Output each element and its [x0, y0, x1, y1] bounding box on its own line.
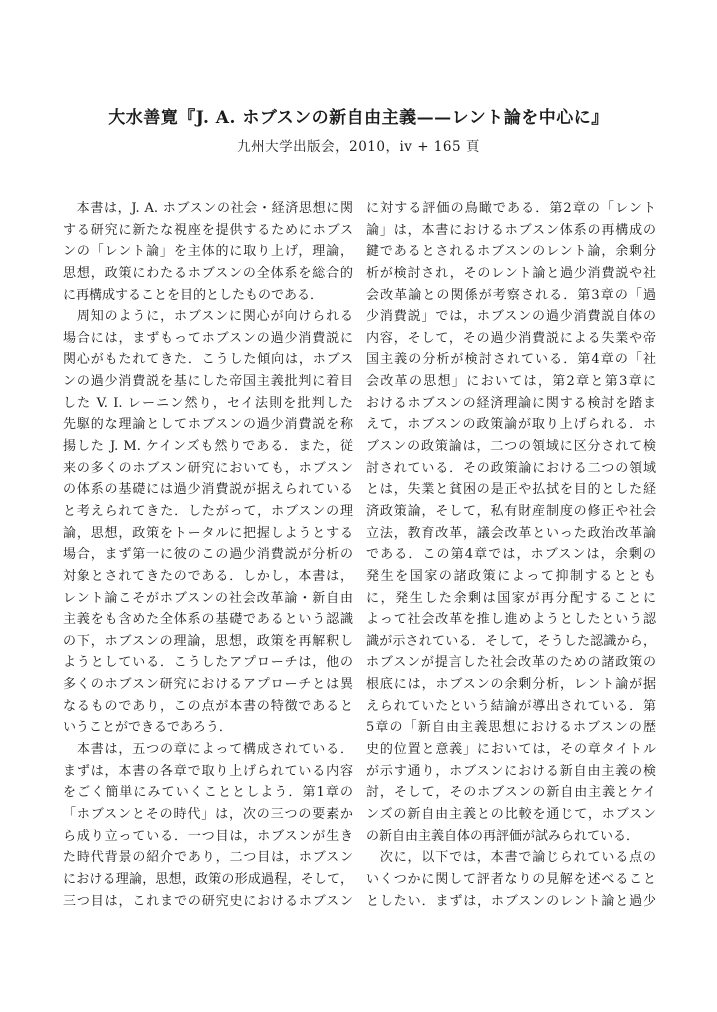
text-line: に再構成することを目的としたものである． — [63, 285, 353, 307]
text-line: をごく簡単にみていくこととしよう．第1章の — [63, 782, 353, 804]
text-line: なるものであり，この点が本書の特徴であると — [63, 696, 353, 718]
text-line: の新自由主義自体の再評価が試みられている． — [366, 826, 656, 848]
text-line: が示す通り，ホブスンにおける新自由主義の検 — [366, 761, 656, 783]
text-line: ンの「レント論」を主体的に取り上げ，理論， — [63, 241, 353, 263]
text-line: 会改革論との関係が考察される．第3章の「過 — [366, 285, 656, 307]
right-text-column: に対する評価の鳥瞰である．第2章の「レント論」は，本書におけるホブスン体系の再構… — [366, 198, 656, 912]
text-line: 論，思想，政策をトータルに把握しようとする — [63, 523, 353, 545]
text-line: に，発生した余剰は国家が再分配することに — [366, 588, 656, 610]
text-line: 析が検討され，そのレント論と過少消費説や社 — [366, 263, 656, 285]
book-review-page: 大水善寛『J. A. ホブスンの新自由主義——レント論を中心に』 九州大学出版会… — [0, 0, 717, 1012]
text-line: 場合，まず第一に彼のこの過少消費説が分析の — [63, 544, 353, 566]
text-line: 5章の「新自由主義思想におけるホブスンの歴 — [366, 717, 656, 739]
text-line: の下，ホブスンの理論，思想，政策を再解釈し — [63, 631, 353, 653]
text-line: ンの過少消費説を基にした帝国主義批判に着目 — [63, 371, 353, 393]
text-line: 本書は，J. A. ホブスンの社会・経済思想に関 — [63, 198, 353, 220]
text-line: 内容，そして，その過少消費説による失業や帝 — [366, 328, 656, 350]
text-line: えて，ホブスンの政策論が取り上げられる．ホ — [366, 414, 656, 436]
text-line: ブスンの政策論は，二つの領域に区分されて検 — [366, 436, 656, 458]
text-line: ホブスンが提言した社会改革のための諸政策の — [366, 652, 656, 674]
text-line: 来の多くのホブスン研究においても，ホブスン — [63, 458, 353, 480]
text-line: 対象とされてきたのである．しかし，本書は， — [63, 566, 353, 588]
text-line: 立法，教育改革，議会改革といった政治改革論 — [366, 523, 656, 545]
text-line: した V. I. レーニン然り，セイ法則を批判した — [63, 393, 353, 415]
text-line: 次に，以下では，本書で論じられている点の — [366, 847, 656, 869]
page-title: 大水善寛『J. A. ホブスンの新自由主義——レント論を中心に』 — [0, 103, 717, 128]
text-line: 識が示されている．そして，そうした認識から， — [366, 631, 656, 653]
text-line: 揚した J. M. ケインズも然りである．また，従 — [63, 436, 353, 458]
text-line: 史的位置と意義」においては，その章タイトル — [366, 739, 656, 761]
text-line: 会改革の思想」においては，第2章と第3章に — [366, 371, 656, 393]
publication-info: 九州大学出版会，2010，iv + 165 頁 — [0, 135, 717, 155]
text-line: である．この第4章では，ホブスンは，余剰の — [366, 544, 656, 566]
text-line: 先駆的な理論としてホブスンの過少消費説を称 — [63, 414, 353, 436]
text-line: する研究に新たな視座を提供するためにホブス — [63, 220, 353, 242]
text-line: 論」は，本書におけるホブスン体系の再構成の — [366, 220, 656, 242]
text-line: 「ホブスンとその時代」は，次の三つの要素か — [63, 804, 353, 826]
text-line: 場合には，まずもってホブスンの過少消費説に — [63, 328, 353, 350]
text-line: に対する評価の鳥瞰である．第2章の「レント — [366, 198, 656, 220]
text-line: おけるホブスンの経済理論に関する検討を踏ま — [366, 393, 656, 415]
text-line: 関心がもたれてきた．こうした傾向は，ホブス — [63, 349, 353, 371]
text-line: まずは，本書の各章で取り上げられている内容 — [63, 761, 353, 783]
text-line: ようとしている．こうしたアプローチは，他の — [63, 652, 353, 674]
text-line: の体系の基礎には過少消費説が据えられている — [63, 479, 353, 501]
text-line: た時代背景の紹介であり，二つ目は，ホブスン — [63, 847, 353, 869]
text-line: 思想，政策にわたるホブスンの全体系を総合的 — [63, 263, 353, 285]
text-line: ンズの新自由主義との比較を通じて，ホブスン — [366, 804, 656, 826]
text-line: 討されている．その政策論における二つの領域 — [366, 458, 656, 480]
text-line: とは，失業と貧困の是正や払拭を目的とした経 — [366, 479, 656, 501]
text-line: いくつかに関して評者なりの見解を述べること — [366, 869, 656, 891]
text-line: と考えられてきた．したがって，ホブスンの理 — [63, 501, 353, 523]
text-line: えられていたという結論が導出されている．第 — [366, 696, 656, 718]
text-line: 三つ目は，これまでの研究史におけるホブスン — [63, 891, 353, 913]
text-line: ら成り立っている．一つ目は，ホブスンが生き — [63, 826, 353, 848]
text-line: 本書は，五つの章によって構成されている． — [63, 739, 353, 761]
text-line: 済政策論，そして，私有財産制度の修正や社会 — [366, 501, 656, 523]
left-text-column: 本書は，J. A. ホブスンの社会・経済思想に関する研究に新たな視座を提供するた… — [63, 198, 353, 912]
text-line: 少消費説」では，ホブスンの過少消費説自体の — [366, 306, 656, 328]
text-line: レント論こそがホブスンの社会改革論・新自由 — [63, 588, 353, 610]
text-line: 討，そして，そのホブスンの新自由主義とケイ — [366, 782, 656, 804]
text-line: 発生を国家の諸政策によって抑制するととも — [366, 566, 656, 588]
text-line: 周知のように，ホブスンに関心が向けられる — [63, 306, 353, 328]
text-line: 主義をも含めた全体系の基礎であるという認識 — [63, 609, 353, 631]
text-line: よって社会改革を推し進めようとしたという認 — [366, 609, 656, 631]
text-line: 鍵であるとされるホブスンのレント論，余剰分 — [366, 241, 656, 263]
text-line: 国主義の分析が検討されている．第4章の「社 — [366, 349, 656, 371]
text-line: における理論，思想，政策の形成過程，そして， — [63, 869, 353, 891]
text-line: 根底には，ホブスンの余剰分析，レント論が据 — [366, 674, 656, 696]
text-line: 多くのホブスン研究におけるアプローチとは異 — [63, 674, 353, 696]
text-line: としたい．まずは，ホブスンのレント論と過少 — [366, 891, 656, 913]
text-line: いうことができるであろう． — [63, 717, 353, 739]
